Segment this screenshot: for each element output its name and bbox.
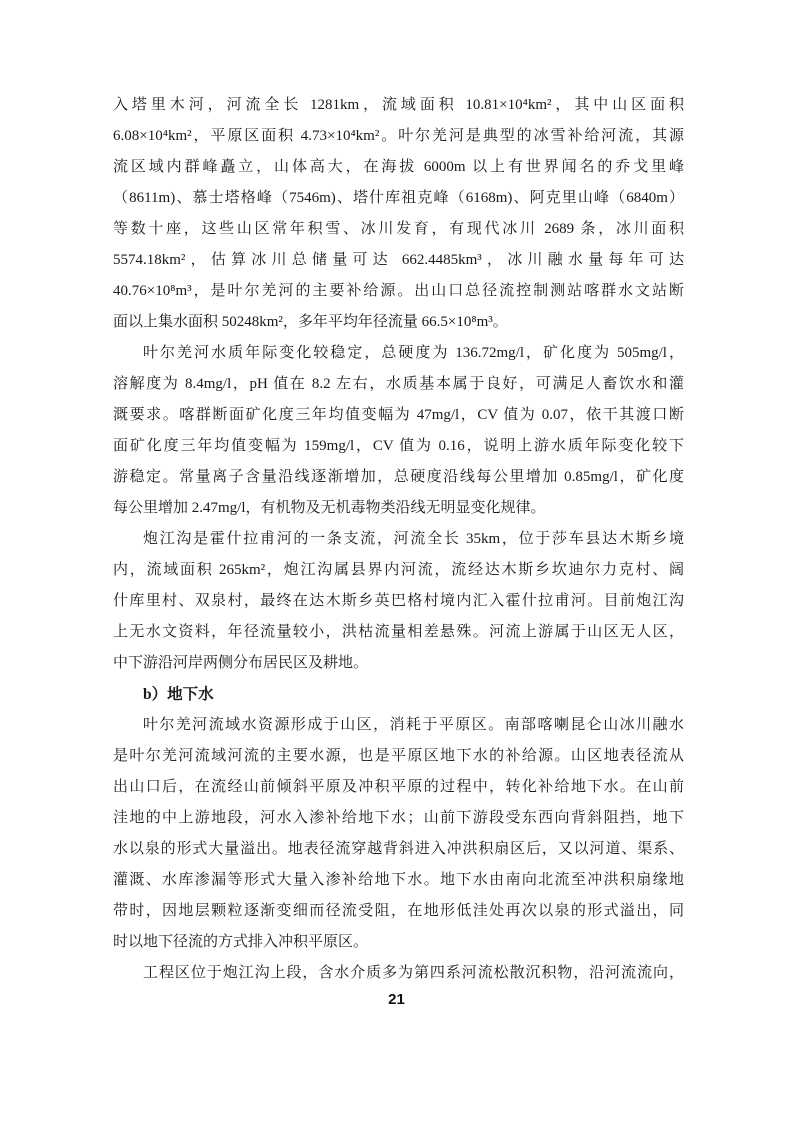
text-line: 游稳定。常量离子含量沿线逐渐增加，总硬度沿线每公里增加 0.85mg/l，矿化度 bbox=[113, 462, 684, 493]
para-project-area: 工程区位于炮江沟上段，含水介质多为第四系河流松散沉积物，沿河流流向， bbox=[113, 958, 684, 989]
text-line: 是叶尔羌河流域河流的主要水源，也是平原区地下水的补给源。山区地表径流从 bbox=[113, 741, 684, 772]
text-line: 上无水文资料，年径流量较小，洪枯流量相差悬殊。河流上游属于山区无人区， bbox=[113, 617, 684, 648]
text-line: （8611m)、慕士塔格峰（7546m)、塔什库祖克峰（6168m)、阿克里山峰… bbox=[113, 183, 684, 214]
text-line: b）地下水 bbox=[113, 679, 684, 710]
text-block: 入塔里木河，河流全长 1281km，流域面积 10.81×10⁴km²，其中山区… bbox=[113, 90, 684, 989]
text-line: 5574.18km²，估算冰川总储量可达 662.4485km³，冰川融水量每年… bbox=[113, 245, 684, 276]
text-line: 等数十座，这些山区常年积雪、冰川发育，有现代冰川 2689 条，冰川面积 bbox=[113, 214, 684, 245]
text-line: 内，流域面积 265km²，炮江沟属县界内河流，流经达木斯乡坎迪尔力克村、阔 bbox=[113, 555, 684, 586]
text-line: 带时，因地层颗粒逐渐变细而径流受阻，在地形低洼处再次以泉的形式溢出，同 bbox=[113, 896, 684, 927]
text-line: 出山口后，在流经山前倾斜平原及冲积平原的过程中，转化补给地下水。在山前 bbox=[113, 772, 684, 803]
text-line: 流区域内群峰矗立，山体高大，在海拔 6000m 以上有世界闻名的乔戈里峰 bbox=[113, 152, 684, 183]
text-line: 中下游沿河岸两侧分布居民区及耕地。 bbox=[113, 648, 684, 679]
para-paojiang-gully: 炮江沟是霍什拉甫河的一条支流，河流全长 35km，位于莎车县达木斯乡境内，流域面… bbox=[113, 524, 684, 679]
page-number: 21 bbox=[0, 988, 793, 1012]
text-line: 6.08×10⁴km²，平原区面积 4.73×10⁴km²。叶尔羌河是典型的冰雪… bbox=[113, 121, 684, 152]
text-line: 面以上集水面积 50248km²，多年平均年径流量 66.5×10⁸m³。 bbox=[113, 307, 684, 338]
text-line: 叶尔羌河流域水资源形成于山区，消耗于平原区。南部喀喇昆仑山冰川融水 bbox=[113, 710, 684, 741]
text-line: 入塔里木河，河流全长 1281km，流域面积 10.81×10⁴km²，其中山区… bbox=[113, 90, 684, 121]
text-line: 溉要求。喀群断面矿化度三年均值变幅为 47mg/l，CV 值为 0.07，依干其… bbox=[113, 400, 684, 431]
text-line: 什库里村、双泉村，最终在达木斯乡英巴格村境内汇入霍什拉甫河。目前炮江沟 bbox=[113, 586, 684, 617]
text-line: 水以泉的形式大量溢出。地表径流穿越背斜进入冲洪积扇区后，又以河道、渠系、 bbox=[113, 834, 684, 865]
text-line: 面矿化度三年均值变幅为 159mg/l，CV 值为 0.16，说明上游水质年际变… bbox=[113, 431, 684, 462]
text-line: 洼地的中上游地段，河水入渗补给地下水；山前下游段受东西向背斜阻挡，地下 bbox=[113, 803, 684, 834]
text-line: 叶尔羌河水质年际变化较稳定，总硬度为 136.72mg/l，矿化度为 505mg… bbox=[113, 338, 684, 369]
text-line: 灌溉、水库渗漏等形式大量入渗补给地下水。地下水由南向北流至冲洪积扇缘地 bbox=[113, 865, 684, 896]
text-line: 溶解度为 8.4mg/l，pH 值在 8.2 左右，水质基本属于良好，可满足人畜… bbox=[113, 369, 684, 400]
para-water-quality: 叶尔羌河水质年际变化较稳定，总硬度为 136.72mg/l，矿化度为 505mg… bbox=[113, 338, 684, 524]
text-line: 时以地下径流的方式排入冲积平原区。 bbox=[113, 927, 684, 958]
text-line: 炮江沟是霍什拉甫河的一条支流，河流全长 35km，位于莎车县达木斯乡境 bbox=[113, 524, 684, 555]
para-groundwater: 叶尔羌河流域水资源形成于山区，消耗于平原区。南部喀喇昆仑山冰川融水是叶尔羌河流域… bbox=[113, 710, 684, 958]
text-line: 每公里增加 2.47mg/l，有机物及无机毒物类沿线无明显变化规律。 bbox=[113, 493, 684, 524]
para-yarkand-river-overview: 入塔里木河，河流全长 1281km，流域面积 10.81×10⁴km²，其中山区… bbox=[113, 90, 684, 338]
document-page: 入塔里木河，河流全长 1281km，流域面积 10.81×10⁴km²，其中山区… bbox=[0, 0, 793, 1122]
text-line: 工程区位于炮江沟上段，含水介质多为第四系河流松散沉积物，沿河流流向， bbox=[113, 958, 684, 989]
text-line: 40.76×10⁸m³，是叶尔羌河的主要补给源。出山口总径流控制测站喀群水文站断 bbox=[113, 276, 684, 307]
heading-groundwater: b）地下水 bbox=[113, 679, 684, 710]
